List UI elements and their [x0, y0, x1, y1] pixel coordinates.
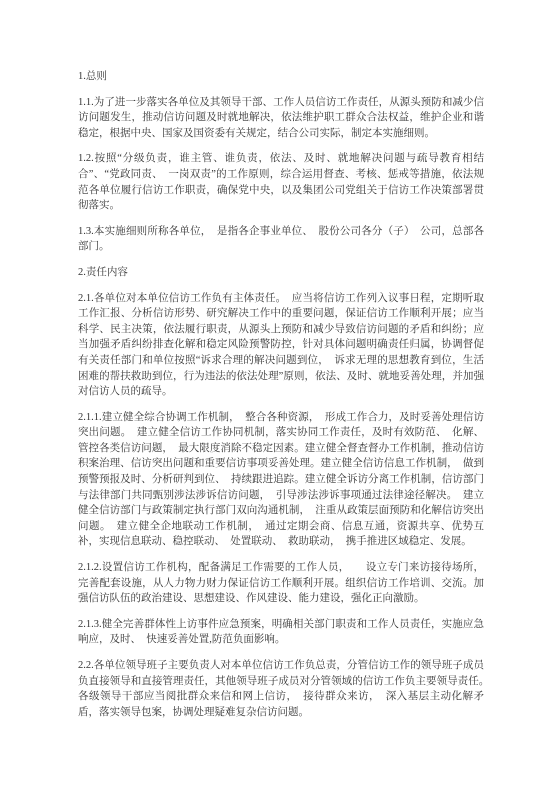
paragraph-1-1: 1.1.为了进一步落实各单位及其领导干部、工作人员信访工作责任，从源头预防和减少… — [78, 95, 484, 142]
section-heading-general-rules: 1.总则 — [78, 69, 484, 85]
paragraph-2-1-3: 2.1.3.健全完善群体性上访事件应急预案，明确相关部门职责和工作人员责任，实施… — [78, 617, 484, 648]
paragraph-2-1: 2.1.各单位对本单位信访工作负有主体责任。 应当将信访工作列入议事日程，定期听… — [78, 291, 484, 400]
section-heading-responsibility-content: 2.责任内容 — [78, 265, 484, 281]
paragraph-2-1-2: 2.1.2.设置信访工作机构，配备满足工作需要的工作人员， 设立专门来访接待场所… — [78, 560, 484, 607]
paragraph-1-2: 1.2.按照“分级负责，谁主管、谁负责，依法、及时、就地解决问题与疏导教育相结合… — [78, 151, 484, 213]
paragraph-2-2: 2.2.各单位领导班子主要负责人对本单位信访工作负总责，分管信访工作的领导班子成… — [78, 658, 484, 720]
document-page: 1.总则 1.1.为了进一步落实各单位及其领导干部、工作人员信访工作责任，从源头… — [78, 69, 484, 730]
paragraph-1-3: 1.3.本实施细则所称各单位， 是指各企事业单位、 股份公司各分（子） 公司，总… — [78, 224, 484, 255]
paragraph-2-1-1: 2.1.1.建立健全综合协调工作机制， 整合各种资源， 形成工作合力，及时妥善处… — [78, 410, 484, 550]
